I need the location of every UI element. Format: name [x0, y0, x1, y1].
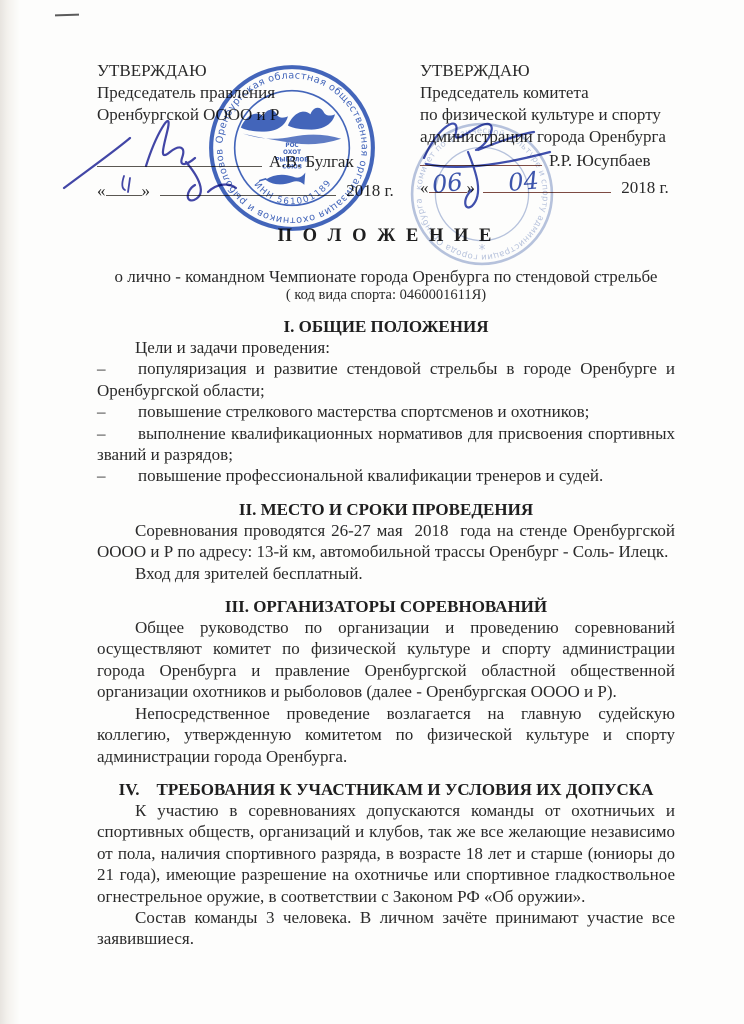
signature-line: [97, 151, 262, 167]
bullet-dash: –: [97, 423, 138, 444]
quote-close: »: [467, 178, 476, 197]
bullet-text: повышение профессиональной квалификации …: [138, 466, 603, 485]
signature-line: [420, 150, 542, 166]
bullet-dash: –: [97, 401, 138, 422]
section-3: III. ОРГАНИЗАТОРЫ СОРЕВНОВАНИЙОбщее руко…: [97, 597, 675, 767]
signature-row: Р.Р. Юсупбаев: [420, 150, 700, 172]
section-heading: II. МЕСТО И СРОКИ ПРОВЕДЕНИЯ: [97, 500, 675, 520]
quote-open: «: [420, 178, 429, 197]
document-sections: I. ОБЩИЕ ПОЛОЖЕНИЯЦели и задачи проведен…: [97, 317, 675, 950]
year-label: 2018 г.: [346, 181, 394, 200]
bullet-dash: –: [97, 465, 138, 486]
section-heading: III. ОРГАНИЗАТОРЫ СОРЕВНОВАНИЙ: [97, 597, 675, 617]
paragraph: Состав команды 3 человека. В личном зачё…: [97, 907, 675, 950]
paragraph: К участию в соревнованиях допускаются ко…: [97, 800, 675, 907]
day-line: [429, 177, 467, 193]
date-row: «» 2018 г.: [420, 177, 700, 199]
section-4: IV. ТРЕБОВАНИЯ К УЧАСТНИКАМ И УСЛОВИЯ ИХ…: [97, 780, 675, 950]
bullet-dash: –: [97, 358, 138, 379]
bullet-text: выполнение квалификационных нормативов д…: [97, 424, 675, 464]
approval-block-right: УТВЕРЖДАЮ Председатель комитета по физич…: [420, 60, 700, 199]
document-body: П О Л О Ж Е Н И Е о лично - командном Че…: [97, 226, 675, 950]
signatory-name: Р.Р. Юсупбаев: [549, 151, 651, 170]
approver-role-line: Председатель правления: [97, 82, 409, 104]
bullet-item: –повышение стрелкового мастерства спортс…: [97, 401, 675, 422]
scan-corner-mark: [55, 14, 79, 17]
bullet-item: –повышение профессиональной квалификации…: [97, 465, 675, 486]
signatory-name: А.В. Булгак: [269, 152, 354, 171]
month-line: [160, 180, 336, 196]
approve-word: УТВЕРЖДАЮ: [420, 60, 700, 82]
paragraph: Вход для зрителей бесплатный.: [97, 563, 675, 584]
bullet-text: популяризация и развитие стендовой стрел…: [97, 359, 675, 399]
section-2: II. МЕСТО И СРОКИ ПРОВЕДЕНИЯСоревнования…: [97, 500, 675, 584]
year-label: 2018 г.: [621, 178, 669, 197]
document-scan: УТВЕРЖДАЮ Председатель правления Оренбур…: [0, 0, 744, 1024]
section-heading: I. ОБЩИЕ ПОЛОЖЕНИЯ: [97, 317, 675, 337]
quote-close: »: [142, 181, 151, 200]
sport-code: ( код вида спорта: 0460001611Я): [97, 287, 675, 304]
paragraph: Непосредственное проведение возлагается …: [97, 703, 675, 767]
bullet-item: –популяризация и развитие стендовой стре…: [97, 358, 675, 401]
document-title: П О Л О Ж Е Н И Е: [97, 226, 675, 247]
approver-role-line: по физической культуре и спорту: [420, 104, 700, 126]
paragraph: Соревнования проводятся 26-27 мая 2018 г…: [97, 520, 675, 563]
section-1: I. ОБЩИЕ ПОЛОЖЕНИЯЦели и задачи проведен…: [97, 317, 675, 487]
section-heading: IV. ТРЕБОВАНИЯ К УЧАСТНИКАМ И УСЛОВИЯ ИХ…: [97, 780, 675, 800]
day-line: [106, 180, 142, 196]
quote-open: «: [97, 181, 106, 200]
approver-role-line: Председатель комитета: [420, 82, 700, 104]
signature-row: А.В. Булгак: [97, 151, 409, 173]
bullet-item: –выполнение квалификационных нормативов …: [97, 423, 675, 466]
approver-role-line: Оренбургской ОООО и Р: [97, 104, 409, 126]
bullet-text: повышение стрелкового мастерства спортсм…: [138, 402, 589, 421]
approve-word: УТВЕРЖДАЮ: [97, 60, 409, 82]
document-subtitle: о лично - командном Чемпионате города Ор…: [97, 267, 675, 287]
date-row: «» 2018 г.: [97, 180, 409, 202]
section-intro: Цели и задачи проведения:: [97, 337, 675, 358]
month-line: [483, 177, 611, 193]
approver-role-line: администрации города Оренбурга: [420, 126, 700, 148]
paragraph: Общее руководство по организации и прове…: [97, 617, 675, 703]
approval-block-left: УТВЕРЖДАЮ Председатель правления Оренбур…: [97, 60, 409, 202]
